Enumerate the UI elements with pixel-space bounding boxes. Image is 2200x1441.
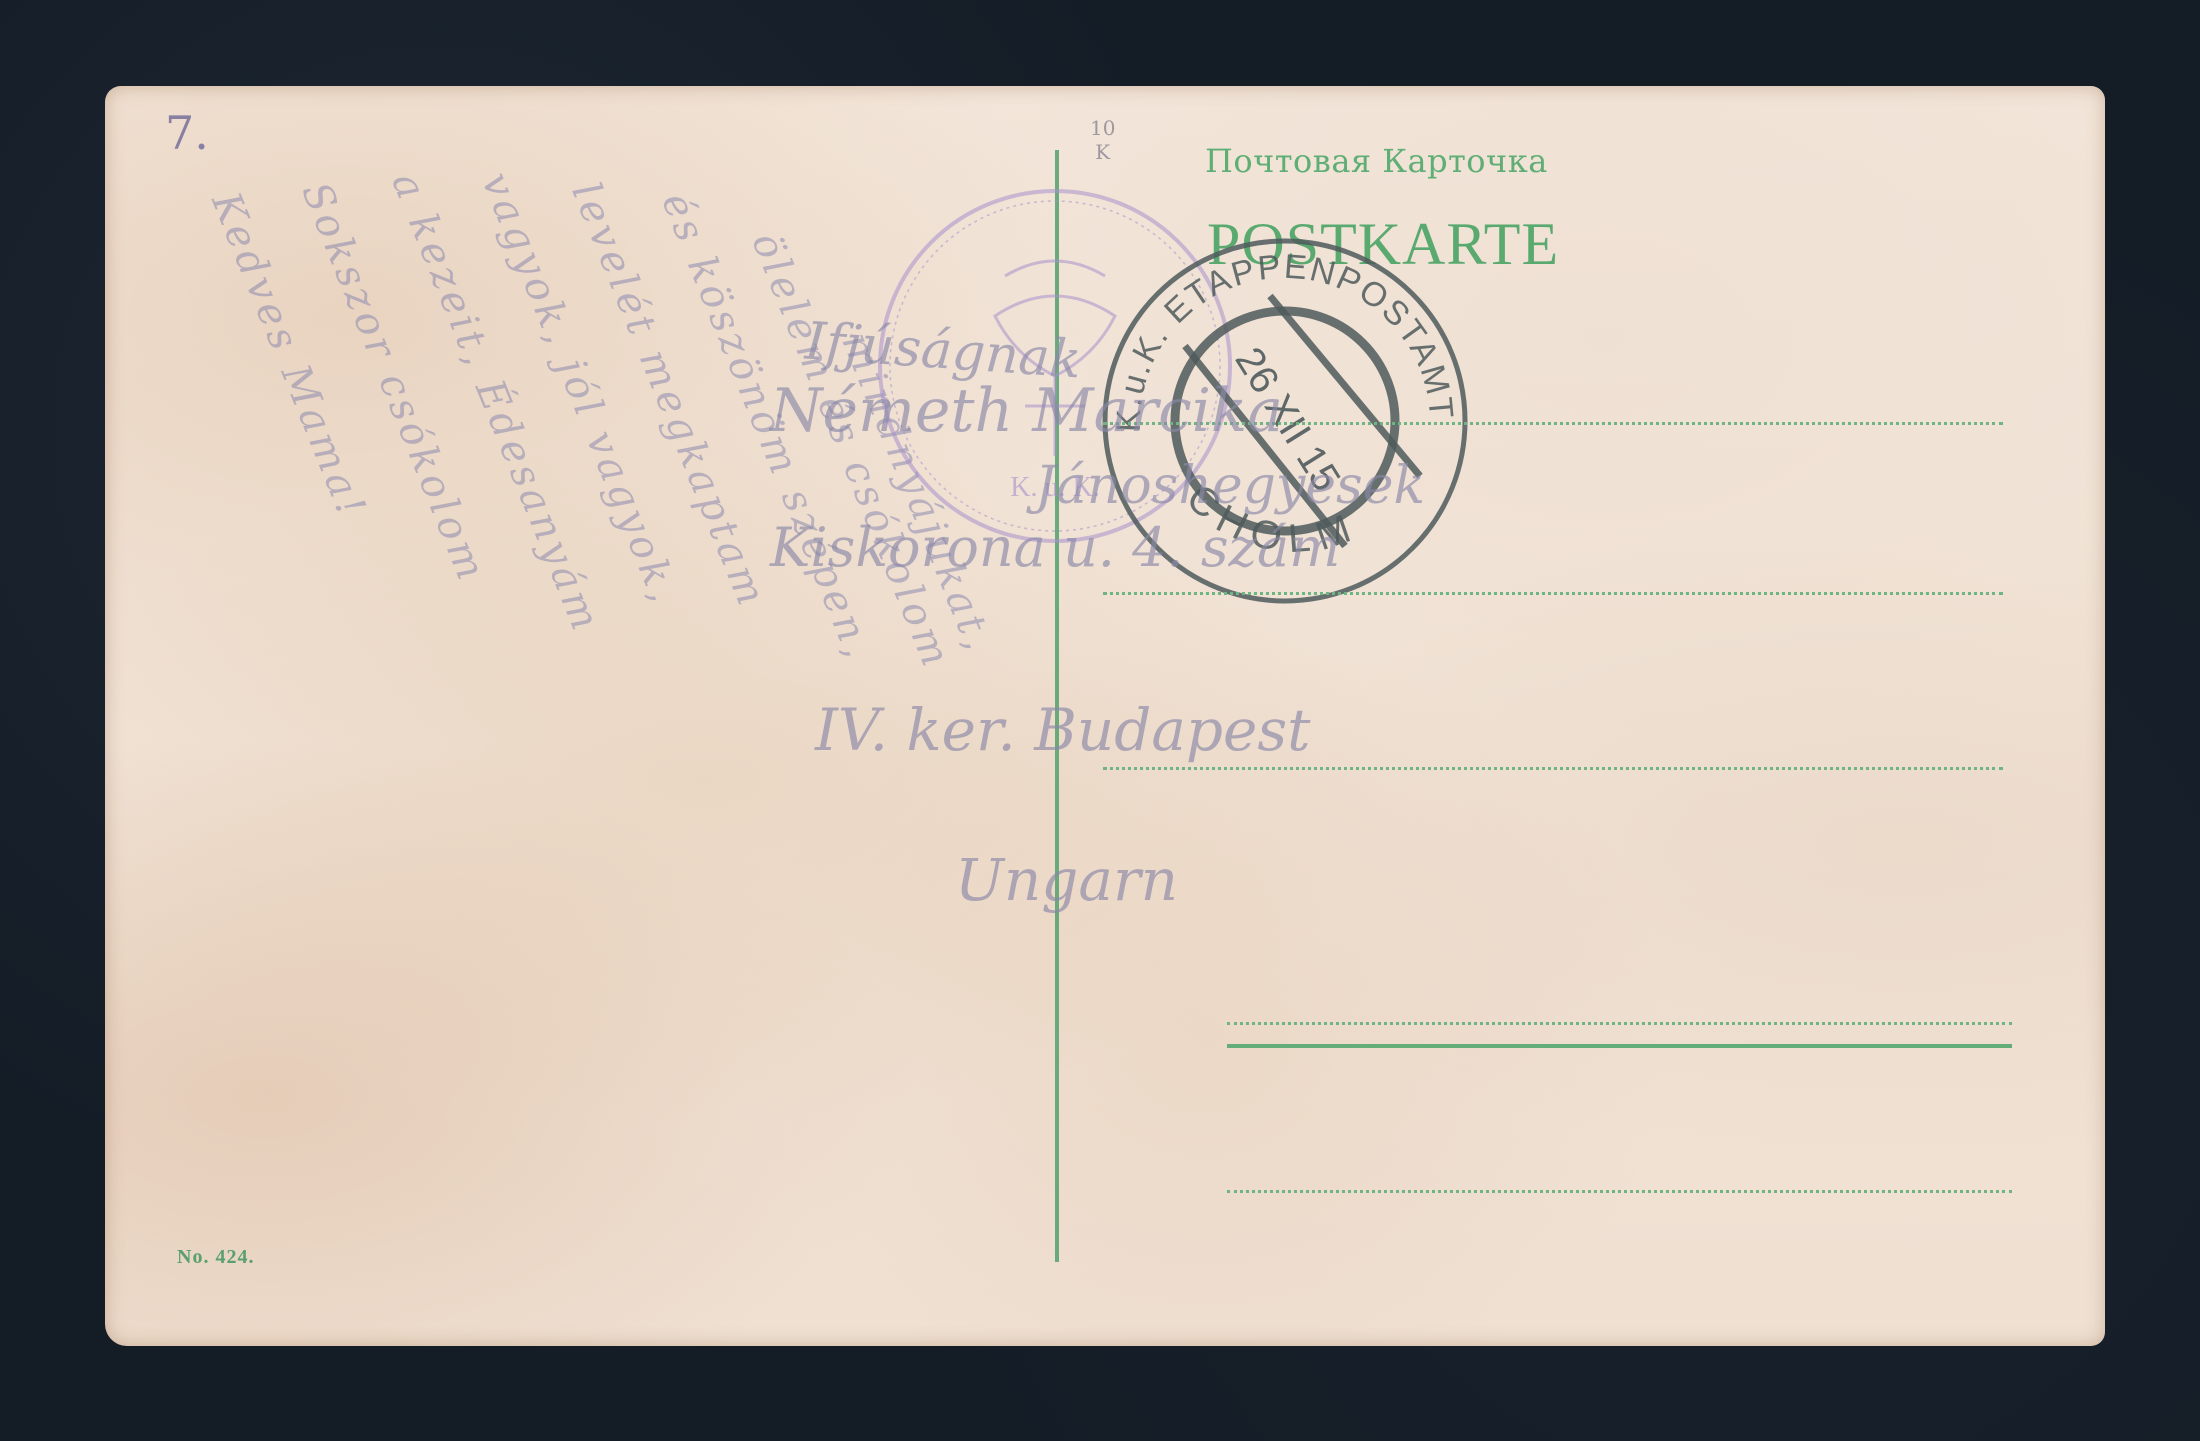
- address-line-text: IV. ker. Budapest: [815, 696, 1310, 764]
- address-line-text: Kiskorona u. 4. szám: [770, 516, 1340, 579]
- card-number: No. 424.: [177, 1246, 254, 1269]
- address-line-text: Jánoshegyesek: [1035, 456, 1425, 516]
- address-line-2: [1103, 592, 2003, 595]
- address-line-3: [1103, 767, 2003, 770]
- address-line-text: Németh Marcika: [770, 376, 1283, 446]
- address-line-5: [1227, 1190, 2012, 1193]
- postcard: Kedves Mama! Sokszor csókolom a kezeit, …: [105, 86, 2105, 1346]
- title-russian: Почтовая Карточка: [1205, 142, 1548, 180]
- pencil-annotation-price: 10 K: [1090, 116, 1115, 164]
- address-underline: [1227, 1044, 2012, 1048]
- address-line-text: Ungarn: [955, 846, 1178, 914]
- address-line-4: [1227, 1022, 2012, 1025]
- pencil-annotation-number: 7.: [165, 106, 209, 160]
